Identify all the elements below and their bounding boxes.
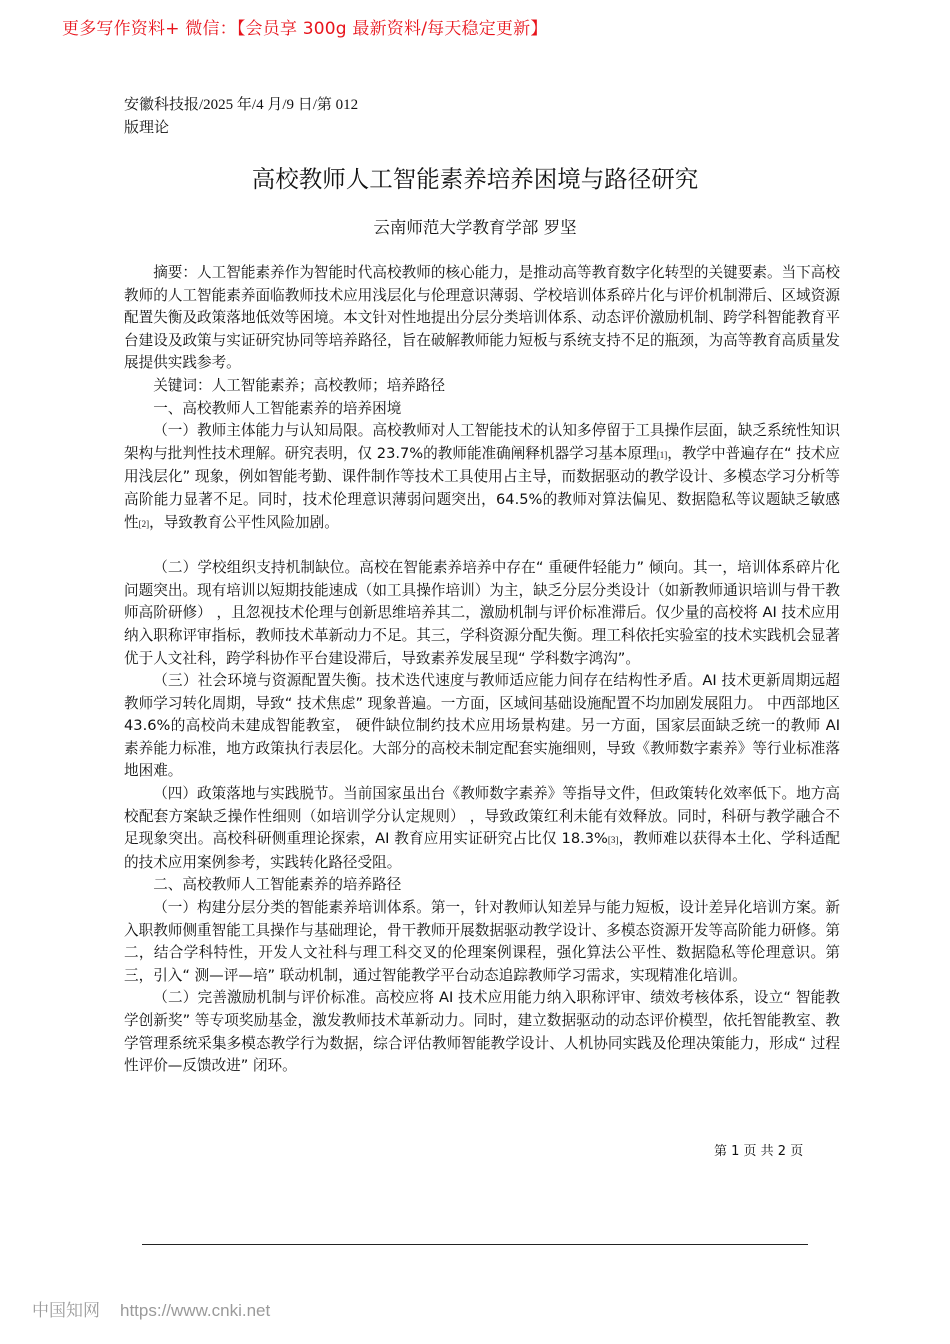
cnki-watermark: 中国知网https://www.cnki.net: [32, 1296, 270, 1321]
article-author: 云南师范大学教育学部 罗坚: [0, 214, 950, 238]
page-indicator: 第 1 页 共 2 页: [714, 1140, 803, 1159]
promo-banner: 更多写作资料+ 微信：【会员享 300g 最新资料/每天稳定更新】: [62, 14, 548, 39]
paragraph-1-2: （二）学校组织支持机制缺位。高校在智能素养培养中存在“ 重硬件轻能力” 倾向。其…: [124, 557, 840, 670]
paragraph-2-2: （二）完善激励机制与评价标准。高校应将 AI 技术应用能力纳入职称评审、绩效考核…: [124, 987, 840, 1077]
paragraph-2-1: （一）构建分层分类的智能素养培训体系。第一，针对教师认知差异与能力短板，设计差异…: [124, 897, 840, 987]
paragraph-1-4: （四）政策落地与实践脱节。当前国家虽出台《教师数字素养》等指导文件，但政策转化效…: [124, 783, 840, 874]
article-title: 高校教师人工智能素养培养困境与路径研究: [0, 160, 950, 194]
paragraph-1-3: （三）社会环境与资源配置失衡。技术迭代速度与教师适应能力间存在结构性矛盾。AI …: [124, 670, 840, 783]
citation-ref: [3]: [608, 835, 619, 845]
source-line-1: 安徽科技报/2025 年/4 月/9 日/第 012: [124, 94, 358, 117]
section-heading-1: 一、高校教师人工智能素养的培养困境: [124, 398, 840, 421]
paragraph-text: ，导致教育公平性风险加剧。: [149, 514, 339, 531]
footer-divider: [142, 1244, 808, 1245]
citation-ref: [1]: [657, 450, 668, 460]
keywords: 关键词：人工智能素养；高校教师；培养路径: [124, 375, 840, 398]
citation-ref: [2]: [139, 519, 150, 529]
source-info: 安徽科技报/2025 年/4 月/9 日/第 012 版理论: [124, 94, 358, 140]
article-body: 摘要：人工智能素养作为智能时代高校教师的核心能力，是推动高等教育数字化转型的关键…: [124, 262, 840, 1078]
source-line-2: 版理论: [124, 117, 358, 140]
abstract: 摘要：人工智能素养作为智能时代高校教师的核心能力，是推动高等教育数字化转型的关键…: [124, 262, 840, 375]
watermark-url[interactable]: https://www.cnki.net: [120, 1301, 270, 1320]
section-heading-2: 二、高校教师人工智能素养的培养路径: [124, 874, 840, 897]
paragraph-1-1: （一）教师主体能力与认知局限。高校教师对人工智能技术的认知多停留于工具操作层面，…: [124, 420, 840, 535]
watermark-name: 中国知网: [32, 1301, 100, 1320]
